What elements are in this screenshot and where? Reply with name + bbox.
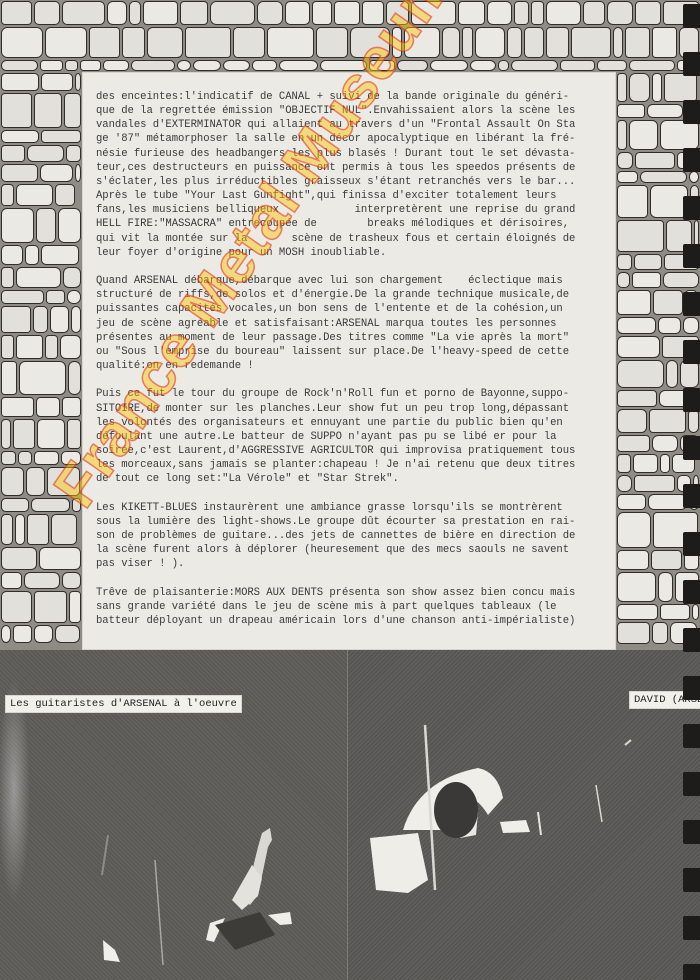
binding-hole bbox=[683, 436, 700, 460]
binding-hole bbox=[683, 532, 700, 556]
scanned-fanzine-page: des enceintes:l'indicatif de CANAL + sui… bbox=[0, 0, 700, 980]
paragraph-mors-aux-dents: Trêve de plaisanterie:MORS AUX DENTS pré… bbox=[96, 586, 611, 628]
paragraph-arsenal: Quand ARSENAL débarque,débarque avec lui… bbox=[96, 274, 611, 373]
binding-hole bbox=[683, 388, 700, 412]
paragraph-exterminator: des enceintes:l'indicatif de CANAL + sui… bbox=[96, 90, 611, 260]
caption-guitarists: Les guitaristes d'ARSENAL à l'oeuvre bbox=[6, 696, 241, 712]
binding-hole bbox=[683, 244, 700, 268]
spiral-binding-holes bbox=[682, 0, 700, 980]
binding-hole bbox=[683, 292, 700, 316]
binding-hole bbox=[683, 484, 700, 508]
binding-hole bbox=[683, 148, 700, 172]
photo-strip: Les guitaristes d'ARSENAL à l'oeuvre DAV… bbox=[0, 650, 700, 980]
binding-hole bbox=[683, 868, 700, 892]
binding-hole bbox=[683, 772, 700, 796]
binding-hole bbox=[683, 4, 700, 28]
binding-hole bbox=[683, 628, 700, 652]
binding-hole bbox=[683, 52, 700, 76]
binding-hole bbox=[683, 196, 700, 220]
binding-hole bbox=[683, 916, 700, 940]
binding-hole bbox=[683, 580, 700, 604]
binding-hole bbox=[683, 676, 700, 700]
binding-hole bbox=[683, 820, 700, 844]
paragraph-kikett-blues: Les KIKETT-BLUES instaurèrent une ambian… bbox=[96, 501, 611, 572]
photo-arsenal-guitarists: Les guitaristes d'ARSENAL à l'oeuvre bbox=[0, 650, 347, 980]
article-text: des enceintes:l'indicatif de CANAL + sui… bbox=[96, 90, 611, 642]
binding-hole bbox=[683, 964, 700, 980]
photo-david-arsenal: DAVID (ARSENAL) bbox=[348, 650, 700, 980]
binding-hole bbox=[683, 340, 700, 364]
paragraph-suppositoire: Puis ce fut le tour du groupe de Rock'n'… bbox=[96, 387, 611, 486]
binding-hole bbox=[683, 724, 700, 748]
typed-text-panel: des enceintes:l'indicatif de CANAL + sui… bbox=[82, 72, 616, 650]
binding-hole bbox=[683, 100, 700, 124]
